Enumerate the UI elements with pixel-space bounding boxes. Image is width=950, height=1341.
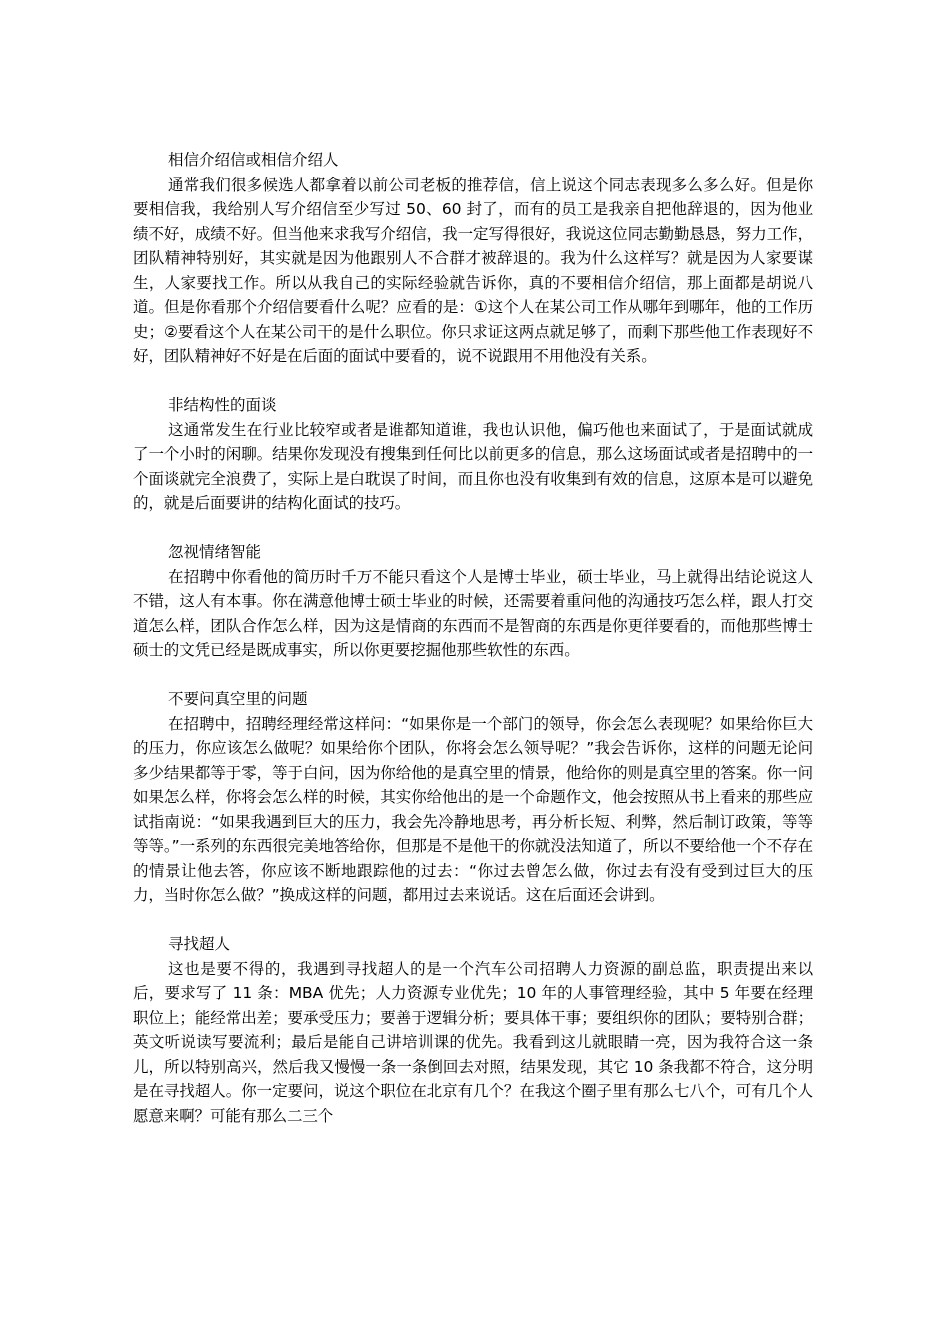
section-body: 在招聘中你看他的简历时千万不能只看这个人是博士毕业，硕士毕业，马上就得出结论说这… — [133, 565, 813, 663]
section-heading: 不要问真空里的问题 — [133, 687, 813, 712]
section-heading: 相信介绍信或相信介绍人 — [133, 148, 813, 173]
section-heading: 忽视情绪智能 — [133, 540, 813, 565]
section-body: 通常我们很多候选人都拿着以前公司老板的推荐信，信上说这个同志表现多么多么好。但是… — [133, 173, 813, 369]
document-page: 相信介绍信或相信介绍人 通常我们很多候选人都拿着以前公司老板的推荐信，信上说这个… — [133, 148, 813, 1153]
section-heading: 非结构性的面谈 — [133, 393, 813, 418]
section-body: 在招聘中，招聘经理经常这样问：“如果你是一个部门的领导，你会怎么表现呢？如果给你… — [133, 712, 813, 908]
section-emotional-intelligence: 忽视情绪智能 在招聘中你看他的简历时千万不能只看这个人是博士毕业，硕士毕业，马上… — [133, 540, 813, 663]
section-superman: 寻找超人 这也是要不得的，我遇到寻找超人的是一个汽车公司招聘人力资源的副总监，职… — [133, 932, 813, 1128]
section-heading: 寻找超人 — [133, 932, 813, 957]
section-body: 这通常发生在行业比较窄或者是谁都知道谁，我也认识他，偏巧他也来面试了，于是面试就… — [133, 418, 813, 516]
section-vacuum-questions: 不要问真空里的问题 在招聘中，招聘经理经常这样问：“如果你是一个部门的领导，你会… — [133, 687, 813, 908]
section-unstructured-interview: 非结构性的面谈 这通常发生在行业比较窄或者是谁都知道谁，我也认识他，偏巧他也来面… — [133, 393, 813, 516]
section-recommendation-letter: 相信介绍信或相信介绍人 通常我们很多候选人都拿着以前公司老板的推荐信，信上说这个… — [133, 148, 813, 369]
section-body: 这也是要不得的，我遇到寻找超人的是一个汽车公司招聘人力资源的副总监，职责提出来以… — [133, 957, 813, 1129]
